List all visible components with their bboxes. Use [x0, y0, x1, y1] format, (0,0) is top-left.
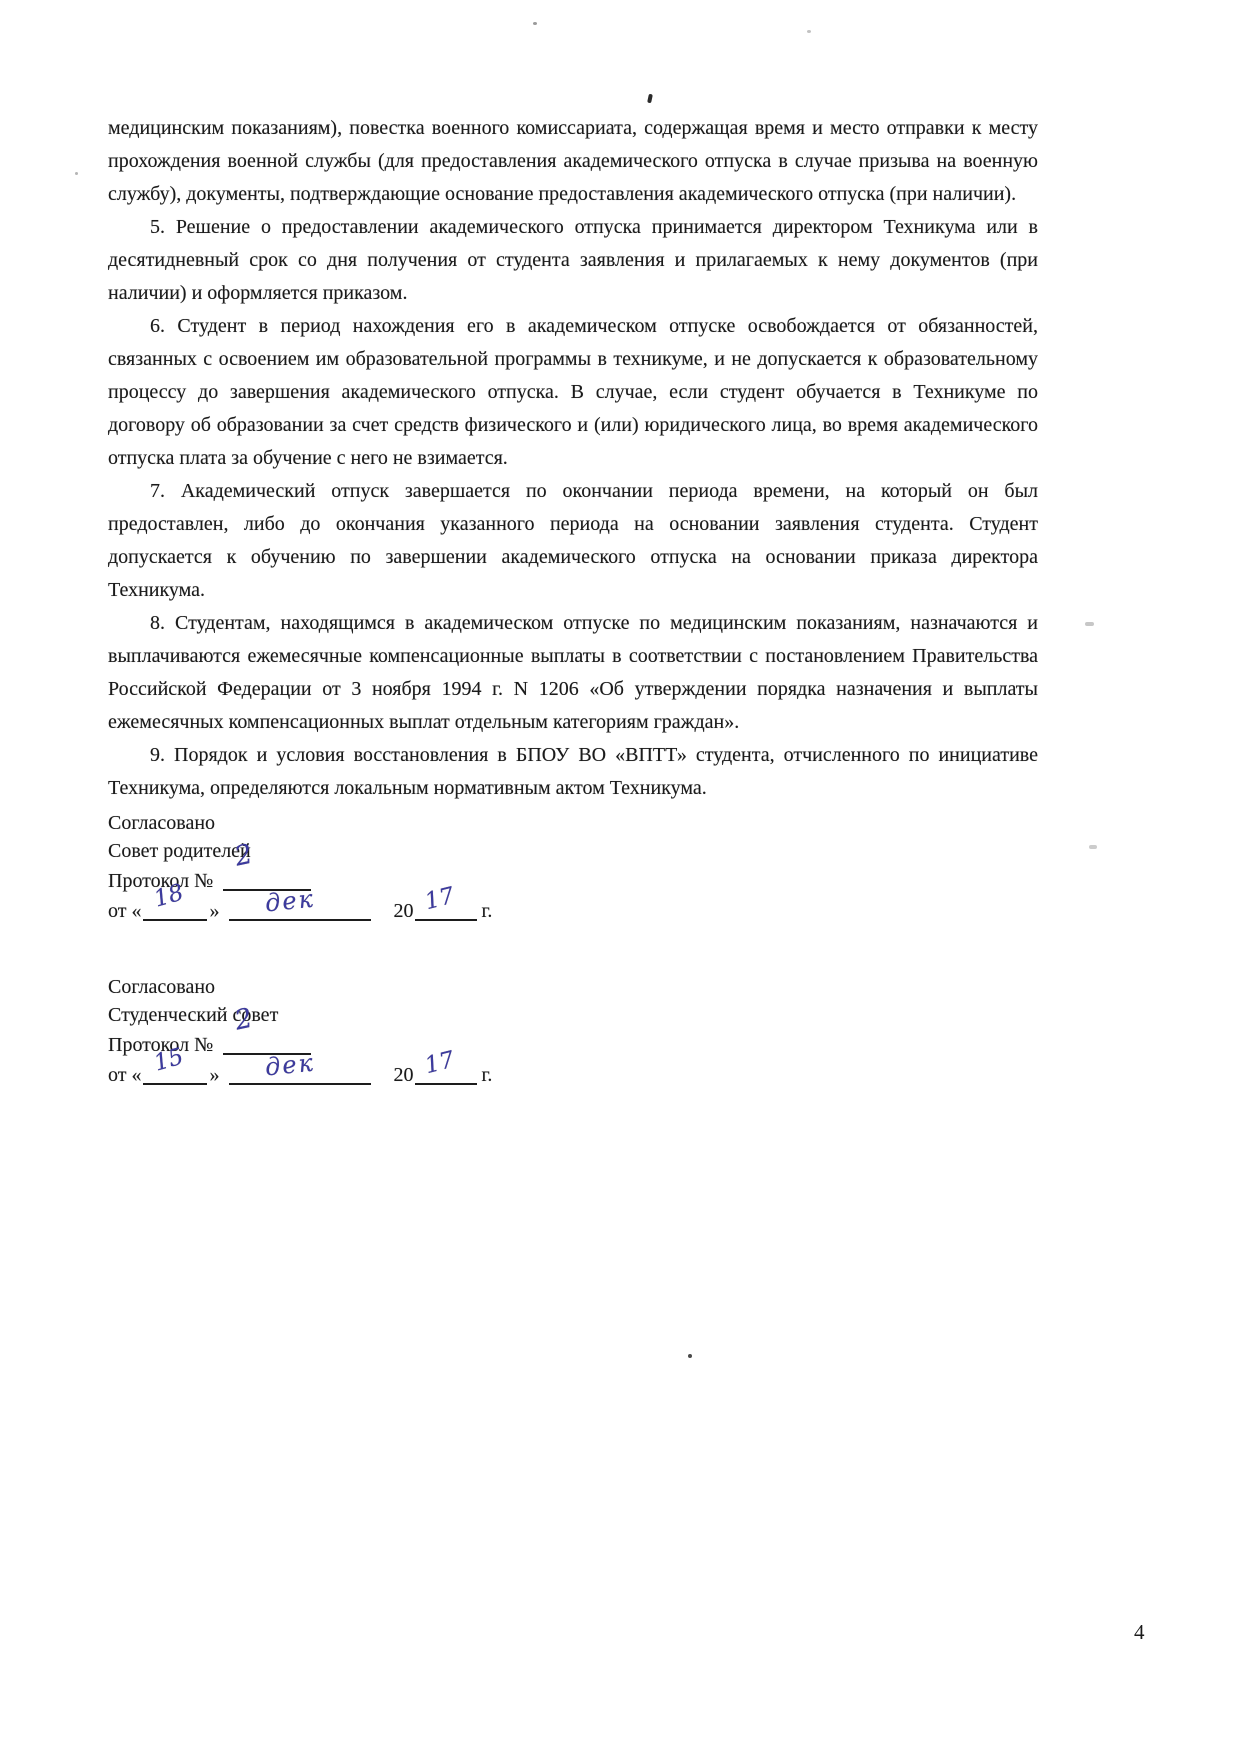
page-number: 4 — [1134, 1620, 1145, 1645]
year-suffix: г. — [481, 1064, 492, 1086]
year-blank: 17 — [415, 1059, 477, 1085]
scan-artifact-speck — [807, 30, 811, 33]
handwritten-month: дек — [264, 884, 316, 917]
page-content: медицинским показаниям), повестка военно… — [108, 112, 1038, 1089]
scan-artifact-speck — [533, 22, 537, 25]
paragraph-continuation: медицинским показаниям), повестка военно… — [108, 112, 1038, 211]
month-blank: дек — [229, 1059, 371, 1085]
protocol-line: Протокол №2 — [108, 1029, 1038, 1059]
protocol-line: Протокол №2 — [108, 865, 1038, 895]
paragraph-7: 7. Академический отпуск завершается по о… — [108, 475, 1038, 607]
document-body: медицинским показаниям), повестка военно… — [108, 112, 1038, 805]
month-blank: дек — [229, 895, 371, 921]
scan-artifact-speck — [75, 172, 78, 175]
day-blank: 18 — [143, 895, 207, 921]
paragraph-8: 8. Студентам, находящимся в академическо… — [108, 607, 1038, 739]
day-blank: 15 — [143, 1059, 207, 1085]
date-from-label: от « — [108, 1064, 141, 1086]
handwritten-month: дек — [264, 1048, 316, 1081]
year-blank: 17 — [415, 895, 477, 921]
date-line: от «15»дек2017г. — [108, 1059, 1038, 1089]
approval-block-student-council: Согласовано Студенческий совет Протокол … — [108, 973, 1038, 1089]
scan-artifact-mark — [1089, 845, 1097, 849]
scanned-document-page: медицинским показаниям), повестка военно… — [0, 0, 1240, 1753]
approval-block-parents-council: Согласовано Совет родителей Протокол №2 … — [108, 809, 1038, 925]
paragraph-9: 9. Порядок и условия восстановления в БП… — [108, 739, 1038, 805]
date-line: от «18»дек2017г. — [108, 895, 1038, 925]
year-suffix: г. — [481, 900, 492, 922]
approval-title: Согласовано — [108, 809, 1038, 837]
paragraph-5: 5. Решение о предоставлении академическо… — [108, 211, 1038, 310]
year-prefix: 20 — [393, 900, 413, 922]
scan-artifact-dot — [688, 1354, 692, 1358]
scan-artifact-mark — [1085, 622, 1094, 626]
quote-close: » — [209, 900, 219, 922]
scan-artifact-mark — [647, 94, 653, 104]
paragraph-6: 6. Студент в период нахождения его в ака… — [108, 310, 1038, 475]
date-from-label: от « — [108, 900, 141, 922]
approval-title: Согласовано — [108, 973, 1038, 1001]
year-prefix: 20 — [393, 1064, 413, 1086]
quote-close: » — [209, 1064, 219, 1086]
